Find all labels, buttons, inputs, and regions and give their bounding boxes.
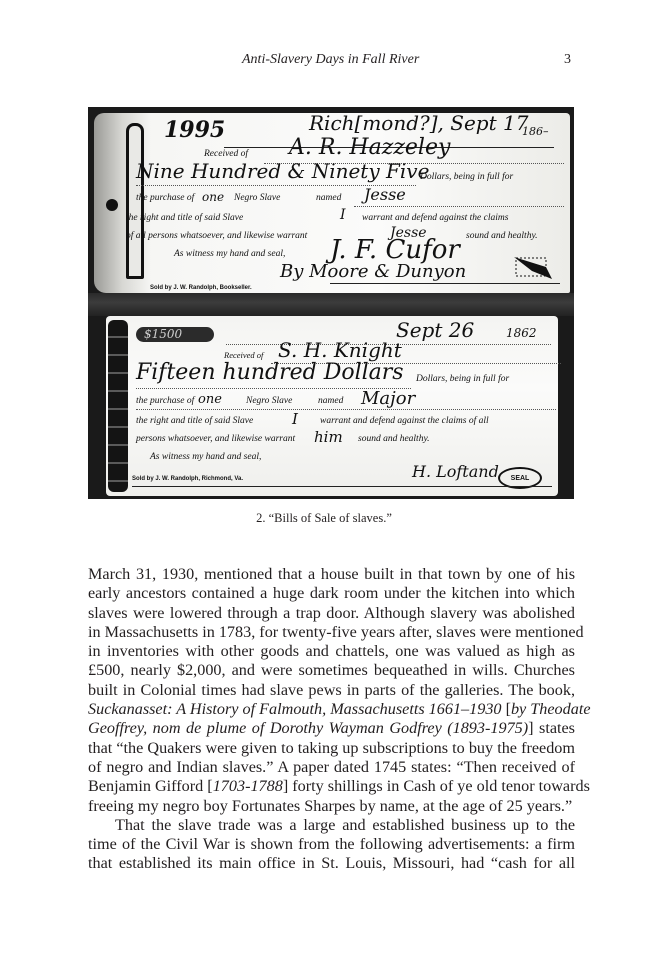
named-label: named [316, 193, 341, 203]
negro-slave-label: Negro Slave [246, 396, 292, 406]
running-head: Anti-Slavery Days in Fall River 3 [0, 52, 648, 72]
body-line: in inventories with other goods and chat… [88, 642, 575, 661]
author-note: Geoffrey, nom de plume of Dorothy Wayman… [88, 719, 528, 737]
bill-of-sale-bottom: $1500 Sept 26 1862 Received of S. H. Kni… [106, 316, 558, 496]
amount-in-words: Nine Hundred & Ninety Five [136, 159, 429, 183]
lifespan-dates: 1703-1788 [213, 777, 283, 795]
body-line: slaves were lowered through a trap door.… [88, 604, 575, 623]
body-line: early ancestors contained a huge dark ro… [88, 584, 575, 603]
witness-line: As witness my hand and seal, [150, 452, 261, 462]
body-line: in Massachusetts in 1783, for twenty-fiv… [88, 623, 575, 642]
negro-slave-label: Negro Slave [234, 193, 280, 203]
body-line: Suckanasset: A History of Falmouth, Mass… [88, 700, 575, 719]
received-of-name: S. H. Knight [278, 338, 402, 362]
dollars-label: Dollars, being in full for [416, 374, 509, 384]
body-line: built in Colonial times had slave pews i… [88, 681, 575, 700]
purchase-label: the purchase of [136, 193, 194, 203]
received-of-label: Received of [224, 350, 263, 360]
body-line: Benjamin Gifford [1703-1788] forty shill… [88, 777, 575, 796]
witness-line: As witness my hand and seal, [174, 249, 285, 259]
bill-number: 1995 [164, 117, 225, 143]
amount-box: $1500 [136, 327, 214, 342]
page-number: 3 [564, 52, 571, 68]
bill-place-date: Rich[mond?], Sept 17 [309, 111, 528, 135]
running-title: Anti-Slavery Days in Fall River [242, 52, 419, 68]
body-line: Geoffrey, nom de plume of Dorothy Wayman… [88, 719, 575, 738]
scroll-ornament-border-icon [108, 320, 128, 492]
figure-caption: 2. “Bills of Sale of slaves.” [0, 511, 648, 526]
body-line: that “the Quakers were given to taking u… [88, 739, 575, 758]
body-line: that established its main office in St. … [88, 854, 575, 873]
body-line: £500, nearly $2,000, and were sometimes … [88, 661, 575, 680]
body-line: time of the Civil War is shown from the … [88, 835, 575, 854]
bill-line-4: of all persons whatsoever, and likewise … [126, 231, 307, 241]
bill-year: 1862 [506, 326, 537, 340]
photo-shadow-band [88, 293, 574, 316]
body-line: That the slave trade was a large and est… [88, 816, 575, 835]
body-line: March 31, 1930, mentioned that a house b… [88, 565, 575, 584]
bill-line-3-mark: I [340, 207, 346, 223]
bill-line-4-name: him [314, 428, 343, 446]
named-label: named [318, 396, 343, 406]
bill-of-sale-top: 1995 Rich[mond?], Sept 17 186– Received … [94, 113, 570, 293]
amount-in-words: Fifteen hundred Dollars [136, 360, 404, 385]
purchase-label: the purchase of [136, 396, 194, 406]
printer-credit: Sold by J. W. Randolph, Bookseller. [150, 285, 252, 291]
bill-year: 186– [522, 125, 549, 138]
bill-line-4-end: sound and healthy. [358, 434, 430, 444]
signature: H. Loftand [412, 462, 499, 481]
dollars-label: Dollars, being in full for [420, 172, 513, 182]
printer-credit: Sold by J. W. Randolph, Richmond, Va. [132, 476, 243, 482]
purchase-count: one [202, 190, 224, 204]
bill-date: Sept 26 [396, 318, 474, 342]
slave-name: Major [361, 388, 415, 409]
bill-line-3: the right and title of said Slave [136, 416, 253, 426]
received-of-name: A. R. Hazzeley [289, 135, 450, 160]
by-line: By Moore & Dunyon [280, 261, 466, 282]
body-line: freeing my negro boy Fortunates Sharpes … [88, 797, 575, 816]
bill-line-3-end: warrant and defend against the claims [362, 213, 508, 223]
purchase-count: one [198, 392, 222, 407]
slave-name: Jesse [364, 185, 406, 204]
bill-line-4: persons whatsoever, and likewise warrant [136, 434, 295, 444]
bill-line-3: the right and title of said Slave [126, 213, 243, 223]
bills-of-sale-photograph: 1995 Rich[mond?], Sept 17 186– Received … [88, 107, 574, 499]
bill-line-3-end: warrant and defend against the claims of… [320, 416, 489, 426]
book-title: Suckanasset: A History of Falmouth, Mass… [88, 700, 502, 718]
body-text: March 31, 1930, mentioned that a house b… [88, 565, 575, 874]
punch-hole-icon [106, 199, 118, 211]
bill-line-4-end: sound and healthy. [466, 231, 538, 241]
body-line: of negro and Indian slaves.” A paper dat… [88, 758, 575, 777]
bill-line-3-mark: I [292, 410, 298, 428]
received-of-label: Received of [204, 149, 248, 159]
revenue-stamp-icon [512, 255, 552, 281]
